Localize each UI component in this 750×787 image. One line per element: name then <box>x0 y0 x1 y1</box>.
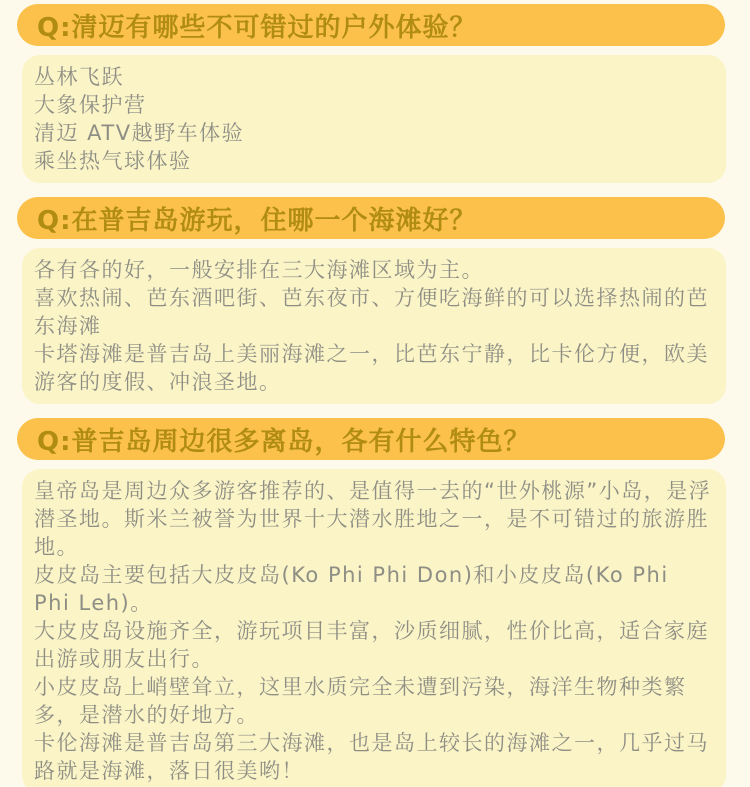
answer-paragraph: 乘坐热气球体验 <box>34 147 712 175</box>
question-header: Q:在普吉岛游玩，住哪一个海滩好？ <box>17 197 725 239</box>
answer-paragraph: 皇帝岛是周边众多游客推荐的、是值得一去的“世外桃源”小岛，是浮潜圣地。斯米兰被誉… <box>34 477 712 561</box>
answer-paragraph: 小皮皮岛上峭壁耸立，这里水质完全未遭到污染，海洋生物种类繁多，是潜水的好地方。 <box>34 673 712 729</box>
answer-paragraph: 皮皮岛主要包括大皮皮岛(Ko Phi Phi Don)和小皮皮岛(Ko Phi … <box>34 561 712 617</box>
question-header: Q:普吉岛周边很多离岛，各有什么特色？ <box>17 418 725 460</box>
answer-paragraph: 丛林飞跃 <box>34 63 712 91</box>
qa-section: Q:清迈有哪些不可错过的户外体验？ 丛林飞跃大象保护营清迈 ATV越野车体验乘坐… <box>0 4 750 183</box>
answer-box: 皇帝岛是周边众多游客推荐的、是值得一去的“世外桃源”小岛，是浮潜圣地。斯米兰被誉… <box>22 469 726 787</box>
question-text: Q:清迈有哪些不可错过的户外体验？ <box>37 7 477 44</box>
answer-paragraph: 大皮皮岛设施齐全，游玩项目丰富，沙质细腻，性价比高，适合家庭出游或朋友出行。 <box>34 617 712 673</box>
answer-paragraph: 卡伦海滩是普吉岛第三大海滩，也是岛上较长的海滩之一，几乎过马路就是海滩，落日很美… <box>34 729 712 785</box>
answer-box: 各有各的好，一般安排在三大海滩区域为主。喜欢热闹、芭东酒吧街、芭东夜市、方便吃海… <box>22 248 726 404</box>
answer-paragraph: 卡塔海滩是普吉岛上美丽海滩之一，比芭东宁静，比卡伦方便，欧美游客的度假、冲浪圣地… <box>34 340 712 396</box>
answer-paragraph: 各有各的好，一般安排在三大海滩区域为主。 <box>34 256 712 284</box>
faq-list: Q:清迈有哪些不可错过的户外体验？ 丛林飞跃大象保护营清迈 ATV越野车体验乘坐… <box>0 0 750 787</box>
question-text: Q:普吉岛周边很多离岛，各有什么特色？ <box>37 421 531 458</box>
question-header: Q:清迈有哪些不可错过的户外体验？ <box>17 4 725 46</box>
answer-paragraph: 大象保护营 <box>34 91 712 119</box>
answer-box: 丛林飞跃大象保护营清迈 ATV越野车体验乘坐热气球体验 <box>22 55 726 183</box>
question-text: Q:在普吉岛游玩，住哪一个海滩好？ <box>37 200 477 237</box>
qa-section: Q:普吉岛周边很多离岛，各有什么特色？ 皇帝岛是周边众多游客推荐的、是值得一去的… <box>0 418 750 787</box>
answer-paragraph: 喜欢热闹、芭东酒吧街、芭东夜市、方便吃海鲜的可以选择热闹的芭东海滩 <box>34 284 712 340</box>
qa-section: Q:在普吉岛游玩，住哪一个海滩好？ 各有各的好，一般安排在三大海滩区域为主。喜欢… <box>0 197 750 404</box>
answer-paragraph: 清迈 ATV越野车体验 <box>34 119 712 147</box>
